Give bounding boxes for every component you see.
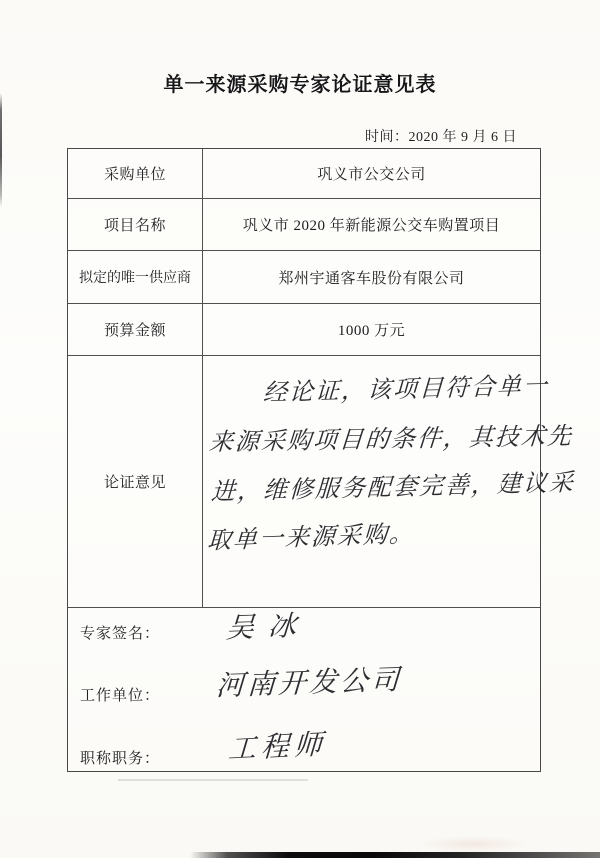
opinion-label: 论证意见: [68, 356, 203, 607]
job-title-handwriting: 工程师: [227, 731, 327, 764]
handwritten-opinion-line: 取单一来源采购。: [206, 522, 415, 553]
table-row-project-name: 项目名称 巩义市 2020 年新能源公交车购置项目: [68, 199, 540, 251]
opinion-cell: 经论证，该项目符合单一 来源采购项目的条件，其技术先 进，维修服务配套完善，建议…: [203, 356, 540, 607]
field-value: 郑州宇通客车股份有限公司: [203, 251, 540, 303]
field-label: 项目名称: [68, 199, 203, 250]
table-row-procurement-unit: 采购单位 巩义市公交公司: [68, 149, 540, 199]
field-label: 采购单位: [68, 149, 203, 198]
field-value: 1000 万元: [203, 304, 540, 355]
handwritten-opinion-line: 经论证，该项目符合单一: [263, 374, 550, 406]
handwritten-opinion-line: 进，维修服务配套完善，建议采: [211, 471, 576, 505]
scan-edge-artifact-left: [0, 93, 2, 207]
work-unit-label: 工作单位：: [80, 684, 160, 705]
expert-signature-handwriting: 吴冰: [225, 612, 311, 643]
field-label: 预算金额: [68, 304, 203, 355]
field-value: 巩义市 2020 年新能源公交车购置项目: [203, 199, 540, 250]
table-row-signature-block: 专家签名： 吴冰 工作单位： 河南开发公司 职称职务： 工程师: [68, 608, 540, 771]
form-table: 采购单位 巩义市公交公司 项目名称 巩义市 2020 年新能源公交车购置项目 拟…: [67, 148, 541, 772]
scan-smudge-artifact: [418, 836, 528, 852]
scan-edge-artifact-bottom: [190, 852, 600, 858]
table-row-opinion: 论证意见 经论证，该项目符合单一 来源采购项目的条件，其技术先 进，维修服务配套…: [68, 356, 540, 608]
field-label: 拟定的唯一供应商: [68, 251, 203, 303]
scanned-document-page: 单一来源采购专家论证意见表 时间：2020 年 9 月 6 日 采购单位 巩义市…: [0, 0, 600, 858]
handwritten-opinion-line: 来源采购项目的条件，其技术先: [208, 425, 574, 455]
expert-signature-label: 专家签名：: [80, 622, 160, 643]
table-row-sole-supplier: 拟定的唯一供应商 郑州宇通客车股份有限公司: [68, 251, 540, 304]
field-value: 巩义市公交公司: [203, 149, 540, 198]
page-title: 单一来源采购专家论证意见表: [0, 68, 600, 97]
job-title-label: 职称职务：: [80, 747, 160, 768]
work-unit-handwriting: 河南开发公司: [215, 667, 402, 702]
scan-shadow-artifact: [118, 779, 308, 781]
date-line: 时间：2020 年 9 月 6 日: [365, 126, 517, 146]
table-row-budget: 预算金额 1000 万元: [68, 304, 540, 356]
